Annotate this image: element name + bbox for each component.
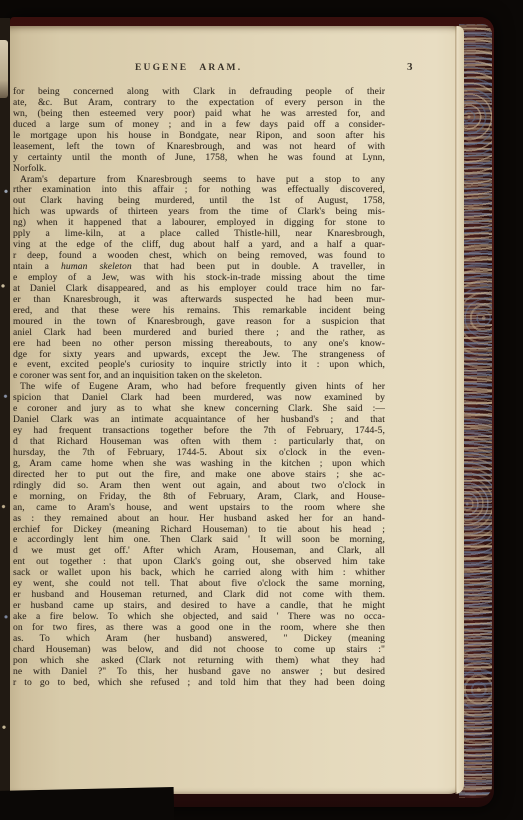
text-line: ntain a human skeleton that had been put… bbox=[13, 262, 385, 273]
text-line: sack or wallet upon his back, which he c… bbox=[13, 568, 385, 579]
text-line: ere had been no other person missing the… bbox=[13, 339, 385, 350]
text-line: duced a large sum of money ; and in a fe… bbox=[13, 120, 385, 131]
text-line: ate, &c. But Aram, contrary to the expec… bbox=[13, 98, 385, 109]
text-line: r to go to bed, which she refused ; and … bbox=[13, 678, 385, 689]
text-line: er than Knaresbrough, it was afterwards … bbox=[13, 295, 385, 306]
text-line: chard Houseman) was below, and did not c… bbox=[13, 645, 385, 656]
text-line: as. To which Aram (her husband) answered… bbox=[13, 634, 385, 645]
text-line: an, came to Aram's house, and went upsta… bbox=[13, 503, 385, 514]
text-line: hursday, the 7th of February, 1744-5. Ab… bbox=[13, 448, 385, 459]
text-line: erchief for Dickey (meaning Richard Hous… bbox=[13, 525, 385, 536]
text-line: ey went, she could not tell. That about … bbox=[13, 579, 385, 590]
text-line: d that Richard Houseman was often with t… bbox=[13, 437, 385, 448]
text-line: rdingly did so. Aram then went out again… bbox=[13, 481, 385, 492]
text-line: dge for sixty years and upwards, except … bbox=[13, 350, 385, 361]
gutter-marbled-sliver bbox=[0, 18, 10, 806]
book-page: EUGENE ARAM. 3 for being concerned along… bbox=[6, 26, 464, 794]
text-line: rther examination into this affair ; for… bbox=[13, 185, 385, 196]
text-line: e morning, on Friday, the 8th of Februar… bbox=[13, 492, 385, 503]
text-line: r deep, found a wooden chest, which on b… bbox=[13, 251, 385, 262]
running-header: EUGENE ARAM. bbox=[135, 63, 242, 73]
text-line: g, Aram came home when she was washing i… bbox=[13, 459, 385, 470]
text-line: directed her to put out the fire, and ma… bbox=[13, 470, 385, 481]
text-line: e employ of a Jew, was with his stock-in… bbox=[13, 273, 385, 284]
text-line: er husband and Houseman returned, and Cl… bbox=[13, 590, 385, 601]
text-line: out Clark having being murdered, until t… bbox=[13, 196, 385, 207]
text-line: as : they remained about an hour. Her hu… bbox=[13, 514, 385, 525]
text-line: ent out together : that upon Clark's goi… bbox=[13, 557, 385, 568]
text-line: ng) when it happened that a labourer, em… bbox=[13, 218, 385, 229]
text-line: on for two fires, as there was a good on… bbox=[13, 623, 385, 634]
text-line: leasement, left the town of Knaresbrough… bbox=[13, 142, 385, 153]
text-line: pon which she asked (Clark not returning… bbox=[13, 656, 385, 667]
text-line: ake a fire below. To which she objected,… bbox=[13, 612, 385, 623]
text-line: moured in the town of Knaresbrough, gave… bbox=[13, 317, 385, 328]
text-line: ving at the edge of the cliff, dug about… bbox=[13, 240, 385, 251]
text-line: ered, and that these were his remains. T… bbox=[13, 306, 385, 317]
text-line: Daniel Clark was an intimate acquaintanc… bbox=[13, 415, 385, 426]
text-line: at Daniel Clark disappeared, and as his … bbox=[13, 284, 385, 295]
text-line: er husband came up stairs, and desired t… bbox=[13, 601, 385, 612]
text-line: ne with Daniel ?" To this, her husband g… bbox=[13, 667, 385, 678]
text-line: e accordingly lent him one. Then Clark s… bbox=[13, 535, 385, 546]
text-line: le mortgage upon his house in Bondgate, … bbox=[13, 131, 385, 142]
page-stack-edge bbox=[0, 40, 8, 98]
text-line: d we must get off.' After which Aram, Ho… bbox=[13, 546, 385, 557]
text-line: spicion that Daniel Clark had been murde… bbox=[13, 393, 385, 404]
book-photo: EUGENE ARAM. 3 for being concerned along… bbox=[0, 0, 523, 820]
text-line: The wife of Eugene Aram, who had before … bbox=[13, 382, 385, 393]
text-line: wn, (being then esteemed very poor) paid… bbox=[13, 109, 385, 120]
text-line: hich was upwards of thirteen years from … bbox=[13, 207, 385, 218]
bottom-shadow bbox=[0, 787, 174, 820]
page-number: 3 bbox=[407, 61, 413, 73]
page-text: for being concerned along with Clark in … bbox=[13, 87, 385, 689]
text-line: y certainty until the month of June, 175… bbox=[13, 153, 385, 164]
text-line: for being concerned along with Clark in … bbox=[13, 87, 385, 98]
text-line: Aram's departure from Knaresbrough seems… bbox=[13, 175, 385, 186]
text-line: e coroner and jury as to what she knew c… bbox=[13, 404, 385, 415]
text-line: e coroner was sent for, and an inquisiti… bbox=[13, 371, 385, 382]
text-line: pply a lime-kiln, at a place called This… bbox=[13, 229, 385, 240]
text-line: aniel Clark had been murdered and buried… bbox=[13, 328, 385, 339]
text-line: Norfolk. bbox=[13, 164, 385, 175]
text-line: ey had frequent transactions together be… bbox=[13, 426, 385, 437]
page-fore-edge bbox=[455, 26, 464, 794]
